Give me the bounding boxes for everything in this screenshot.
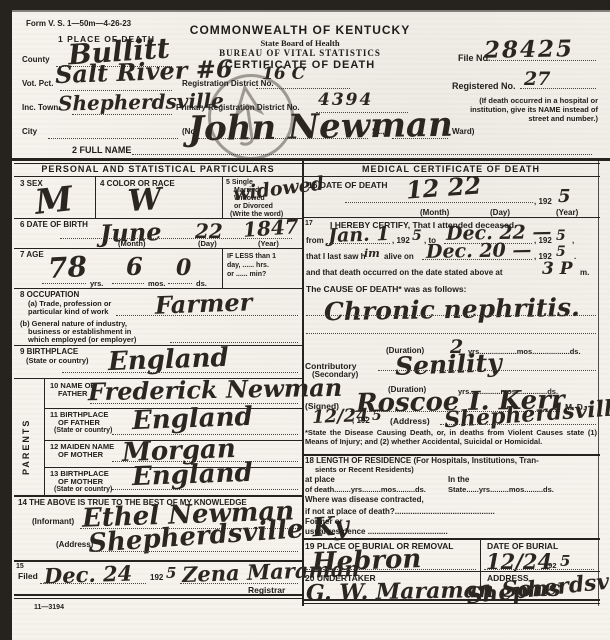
dod-year-value: 5	[558, 188, 571, 206]
cause-footnote: *State the Disease Causing Death, or, in…	[305, 429, 597, 447]
commonwealth-title: COMMONWEALTH OF KENTUCKY	[150, 24, 450, 36]
age-months-value: 6	[126, 255, 143, 279]
line	[14, 288, 302, 289]
dob-year-caption: (Year)	[258, 240, 279, 248]
to-year-value: 5	[556, 229, 566, 243]
certify-line	[326, 243, 390, 244]
file-no-value: 28425	[484, 37, 574, 62]
last-saw-label: that I last saw h	[306, 253, 366, 261]
dod-month-caption: (Month)	[420, 209, 449, 217]
residence-label-1: 18 LENGTH OF RESIDENCE (For Hospitals, I…	[305, 457, 539, 465]
birthplace-sub-label: (State or country)	[26, 357, 89, 365]
line	[14, 598, 302, 599]
period: .	[574, 253, 576, 261]
birthplace-label: 9 BIRTHPLACE	[20, 348, 78, 356]
birthplace-value: England	[108, 345, 230, 375]
father-birthplace-label-3: (State or country)	[54, 427, 112, 434]
informant-address-line	[92, 551, 298, 552]
line	[14, 594, 302, 596]
city-line	[48, 138, 178, 139]
registered-no-label: Registered No.	[452, 82, 516, 91]
from-year-printed: , 192	[392, 237, 410, 245]
birthplace-line	[62, 372, 298, 373]
filed-line	[40, 583, 146, 584]
signed-year-value: 5	[372, 409, 382, 423]
line	[480, 538, 481, 571]
if-less-label-1: IF LESS than 1	[227, 253, 276, 260]
date-of-death-label: 16 DATE OF DEATH	[308, 181, 388, 190]
if-less-label-2: day, ...... hrs.	[227, 262, 269, 269]
line	[302, 571, 600, 572]
line	[302, 599, 600, 601]
occupation-label: 8 OCCUPATION	[20, 291, 79, 299]
burial-date-line	[484, 569, 594, 570]
ward-label: Ward)	[452, 128, 474, 136]
hospital-note: (If death occurred in a hospital or inst…	[452, 96, 598, 123]
dod-year-printed: , 192	[534, 198, 552, 206]
meridian-label: m.	[580, 269, 589, 277]
death-occurred-label: and that death occurred on the date stat…	[306, 269, 502, 277]
residence-label-2: sients or Recent Residents)	[315, 466, 414, 474]
occupation-value: Farmer	[155, 290, 253, 317]
lastsaw-year-value: 5	[556, 245, 566, 259]
mother-maiden-label-2: OF MOTHER	[58, 451, 103, 459]
line	[222, 248, 223, 288]
vot-pct-label: Vot. Pct.	[22, 80, 53, 88]
filed-item-number: 15	[16, 563, 24, 570]
mother-birthplace-line	[112, 489, 298, 490]
cause-line-1	[306, 315, 596, 316]
mother-birthplace-label-2: OF MOTHER	[58, 478, 103, 486]
race-value: W	[127, 185, 163, 217]
scan-top-edge-line	[0, 10, 610, 12]
signed-address-line	[440, 424, 596, 425]
scan-top-edge	[0, 0, 610, 10]
stamp-glyph	[217, 80, 281, 151]
filed-label: Filed	[18, 572, 38, 581]
line	[14, 176, 302, 177]
personal-section-title: PERSONAL AND STATISTICAL PARTICULARS	[14, 165, 302, 174]
full-name-line	[132, 154, 592, 155]
line	[304, 217, 600, 218]
usual-residence-label: usual residence ........................…	[305, 528, 448, 536]
residence-state-units: State......yrs.........mos.........ds.	[448, 486, 554, 494]
cause-of-death-label: The CAUSE OF DEATH* was as follows:	[306, 285, 466, 294]
in-the-label: In the	[448, 476, 469, 484]
inc-town-label: Inc. Town	[22, 104, 58, 112]
informant-label: (Informant)	[32, 518, 74, 526]
cause-of-death-value: Chronic nephritis.	[324, 295, 580, 324]
residence-death-units: of death........yrs.........mos.........…	[305, 486, 426, 494]
header-divider	[0, 158, 610, 161]
father-name-label-2: FATHER	[58, 390, 87, 398]
age-line	[168, 283, 192, 284]
burial-year-value: 5	[560, 554, 570, 569]
age-yrs-label: yrs.	[90, 280, 103, 288]
cause-line-2	[306, 333, 596, 334]
signed-year-printed: , 192	[352, 417, 370, 425]
death-time-value: 3 P	[542, 261, 573, 278]
age-days-value: 0	[176, 257, 191, 279]
disease-contracted-label: Where was disease contracted,	[305, 496, 424, 504]
at-place-label: at place	[305, 476, 335, 484]
full-name-label: 2 FULL NAME	[72, 146, 131, 155]
age-years-value: 78	[47, 253, 87, 283]
certify-line	[422, 259, 532, 260]
dob-label: 6 DATE OF BIRTH	[20, 221, 88, 229]
occupation-a-label-2: particular kind of work	[28, 308, 108, 316]
signed-address-label: (Address)	[390, 417, 430, 426]
registered-no-value: 27	[524, 70, 550, 89]
occupation-b-label-3: which employed (or employer)	[28, 336, 136, 344]
date-of-death-value: 12 22	[405, 173, 482, 202]
county-label: County	[22, 56, 50, 64]
sex-value: M	[33, 182, 74, 220]
city-label: City	[22, 128, 37, 136]
age-mos-label: mos.	[148, 280, 166, 288]
board-subtitle: State Board of Health	[150, 39, 450, 48]
certify-item-number: 17	[305, 220, 313, 227]
father-birthplace-label-2: OF FATHER	[58, 419, 100, 427]
line	[302, 538, 600, 540]
if-not-label: if not at place of death?...............…	[305, 508, 495, 516]
age-ds-label: ds.	[196, 280, 207, 288]
occupation-line	[116, 315, 298, 316]
mother-birthplace-label-3: (State or country)	[54, 486, 112, 493]
certify-from-label: from	[306, 237, 324, 245]
line	[14, 248, 302, 249]
comma: ,	[572, 237, 574, 245]
last-saw-him: im	[364, 248, 380, 259]
parents-label: PARENTS	[22, 405, 31, 475]
dod-line	[345, 202, 533, 203]
secondary-label: (Secondary)	[312, 371, 358, 379]
father-birthplace-value: England	[132, 404, 254, 434]
file-no-line	[486, 60, 596, 61]
dod-year-caption: (Year)	[556, 209, 578, 217]
dob-year-value: 1847	[242, 216, 299, 240]
line	[95, 176, 96, 218]
to-year-printed: , 192	[534, 237, 552, 245]
line	[44, 378, 45, 495]
contributory-line	[378, 370, 596, 371]
alive-on-label: alive on	[384, 253, 414, 261]
burial-place-line	[306, 569, 476, 570]
occupation-line-b	[170, 342, 298, 343]
filed-year-printed: 192	[150, 574, 163, 582]
line	[222, 176, 223, 218]
mother-birthplace-value: England	[132, 460, 254, 490]
line	[302, 603, 600, 604]
registrar-line	[180, 583, 298, 584]
form-footer-code: 11—3194	[34, 604, 64, 611]
contributory-value: Senility	[395, 350, 503, 379]
scan-left-edge	[0, 0, 12, 640]
registered-no-line	[520, 88, 596, 89]
father-name-value: Frederick Newman	[88, 376, 343, 404]
filed-year-value: 5	[166, 566, 176, 581]
dob-month-caption: (Month)	[118, 240, 145, 248]
dod-day-caption: (Day)	[490, 209, 510, 217]
death-certificate-document: Form V. S. 1—50m—4-26-23 1 PLACE OF DEAT…	[0, 0, 610, 640]
if-less-label-3: or ...... min?	[227, 271, 266, 278]
age-line	[112, 283, 144, 284]
form-code: Form V. S. 1—50m—4-26-23	[26, 20, 131, 28]
former-label: Former or	[305, 518, 343, 526]
from-year-value: 5	[412, 229, 422, 243]
inc-town-line	[72, 114, 172, 115]
age-label: 7 AGE	[20, 251, 44, 259]
dob-day-caption: (Day)	[198, 240, 217, 248]
age-line	[42, 283, 86, 284]
